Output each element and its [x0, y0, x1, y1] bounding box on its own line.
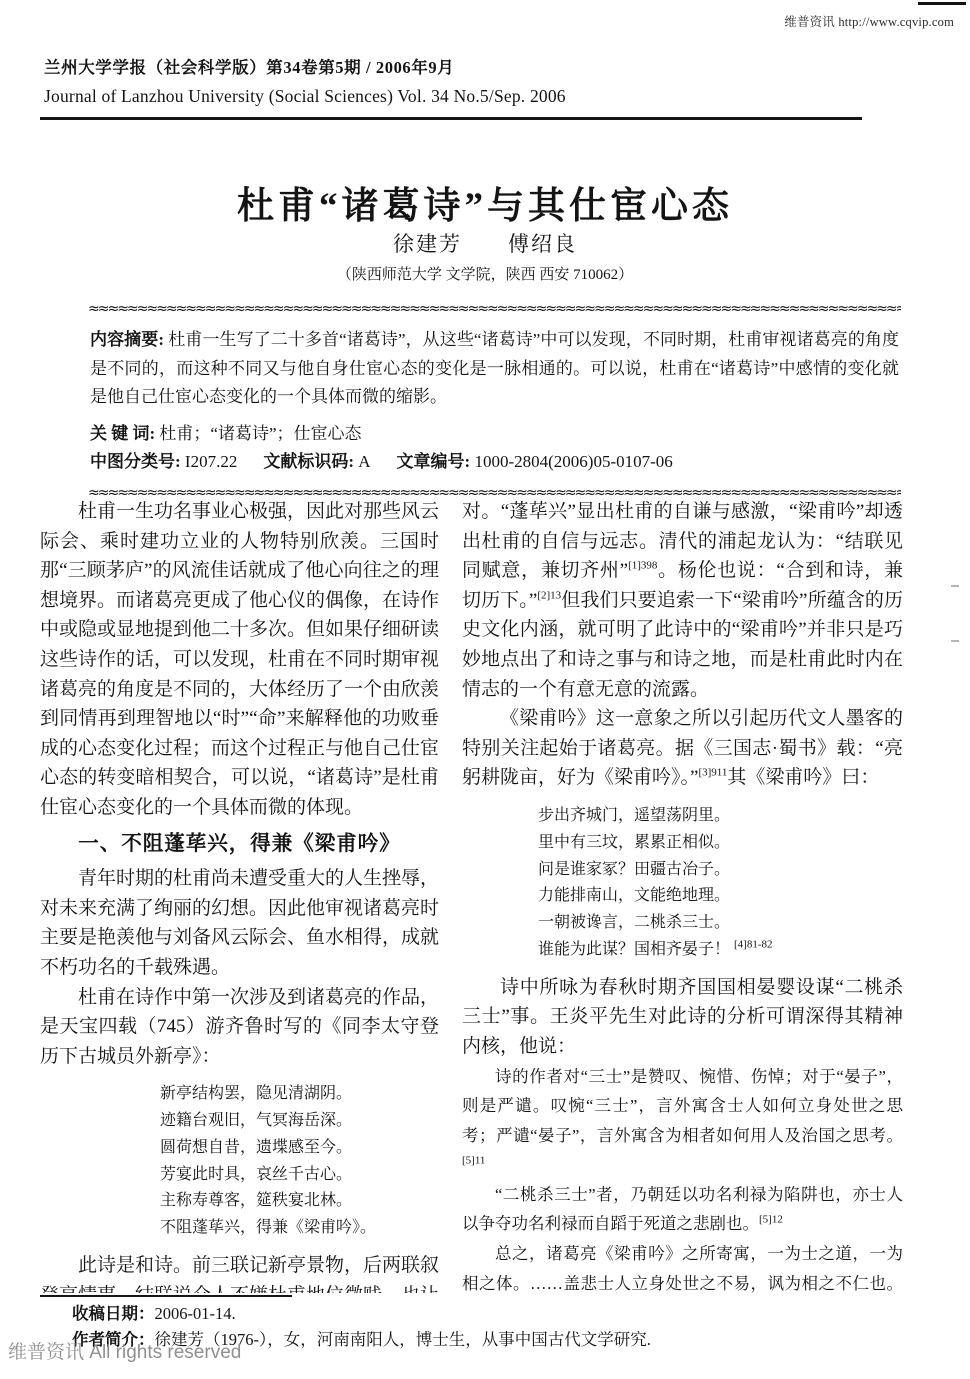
- poem-line: 新亭结构罢，隐见清湖阴。: [160, 1081, 439, 1108]
- clc-label: 中图分类号:: [90, 452, 181, 471]
- abstract-paragraph: 内容摘要: 杜甫一生写了二十多首“诸葛诗”，从这些“诸葛诗”中可以发现，不同时期…: [90, 326, 899, 412]
- poem-line: 圆荷想自昔，遗堞感至今。: [160, 1135, 439, 1162]
- poem-line: 芳宴此时具，哀丝千古心。: [160, 1162, 439, 1189]
- poem-line: 力能排南山，文能绝地理。: [538, 883, 903, 910]
- scan-artifact-tick: [951, 585, 959, 587]
- clc-value: I207.22: [181, 452, 238, 471]
- paragraph: 杜甫在诗作中第一次涉及到诸葛亮的作品，是天宝四载（745）游齐鲁时写的《同李太守…: [40, 983, 439, 1072]
- scanned-paper-page: 维普资讯 http://www.cqvip.com 兰州大学学报（社会科学版）第…: [0, 0, 970, 1379]
- keywords-line: 关 键 词: 杜甫；“诸葛诗”；仕宦心态: [90, 420, 899, 449]
- received-date-label: 收稿日期：: [72, 1304, 155, 1323]
- keywords-text: 杜甫；“诸葛诗”；仕宦心态: [155, 424, 361, 443]
- received-date-value: 2006-01-14.: [155, 1304, 236, 1323]
- meta-line: 中图分类号: I207.22文献标识码: A文章编号: 1000-2804(20…: [90, 448, 899, 477]
- scan-artifact-line: [918, 2, 966, 5]
- poem-line: 问是谁家冢？田疆古冶子。: [538, 857, 903, 884]
- blockquote: “二桃杀三士”者，乃朝廷以功名利禄为陷阱也，亦士人以争夺功名利禄而自蹈于死道之悲…: [462, 1180, 903, 1239]
- header-divider: [40, 117, 862, 120]
- doc-code-label: 文献标识码:: [263, 452, 354, 471]
- cqvip-watermark-top: 维普资讯 http://www.cqvip.com: [784, 12, 954, 30]
- received-date-line: 收稿日期：2006-01-14.: [72, 1301, 932, 1327]
- abstract-label: 内容摘要:: [90, 330, 164, 349]
- blockquote: 总之，诸葛亮《梁甫吟》之所寄寓，一为士之道，一为相之体。……盖悲士人立身处世之不…: [462, 1239, 903, 1297]
- poem-line: 主称寿尊客，筵秩宴北林。: [160, 1188, 439, 1215]
- poem-dufu-xinting: 新亭结构罢，隐见清湖阴。 迹籍台观旧，气冥海岳深。 圆荷想自昔，遗堞感至今。 芳…: [40, 1081, 439, 1242]
- doc-code-value: A: [354, 452, 371, 471]
- section-heading-1: 一、不阻蓬荜兴，得兼《梁甫吟》: [40, 830, 439, 860]
- blockquote: 诗的作者对“三士”是赞叹、惋惜、伤悼；对于“晏子”，则是严谴。叹惋“三士”，言外…: [462, 1062, 903, 1180]
- journal-title-cn: 兰州大学学报（社会科学版）第34卷第5期 / 2006年9月: [44, 54, 566, 78]
- footnote-divider: [40, 1295, 292, 1297]
- paragraph: 诗中所咏为春秋时期齐国国相晏婴设谋“二桃杀三士”事。王炎平先生对此诗的分析可谓深…: [462, 973, 903, 1062]
- article-affiliation: （陕西师范大学 文学院，陕西 西安 710062）: [0, 263, 970, 284]
- body-column-left: 杜甫一生功名事业心极强，因此对那些风云际会、乘时建功立业的人物特别欣羡。三国时那…: [40, 497, 439, 1293]
- wavy-border-top: [88, 303, 901, 317]
- abstract-text: 杜甫一生写了二十多首“诸葛诗”，从这些“诸葛诗”中可以发现，不同时期，杜甫审视诸…: [90, 330, 899, 406]
- poem-lianggfuyin: 步出齐城门，遥望荡阴里。 里中有三坟，累累正相似。 问是谁家冢？田疆古冶子。 力…: [462, 803, 903, 964]
- journal-header: 兰州大学学报（社会科学版）第34卷第5期 / 2006年9月 Journal o…: [44, 54, 566, 107]
- poem-line: 里中有三坟，累累正相似。: [538, 830, 903, 857]
- abstract-box: 内容摘要: 杜甫一生写了二十多首“诸葛诗”，从这些“诸葛诗”中可以发现，不同时期…: [88, 303, 901, 501]
- poem-line: 迹籍台观旧，气冥海岳深。: [160, 1108, 439, 1135]
- poem-line: 步出齐城门，遥望荡阴里。: [538, 803, 903, 830]
- article-title: 杜甫“诸葛诗”与其仕宦心态: [0, 175, 970, 229]
- poem-line: 不阻蓬荜兴，得兼《梁甫吟》。: [160, 1215, 439, 1242]
- paragraph: 青年时期的杜甫尚未遭受重大的人生挫辱，对未来充满了绚丽的幻想。因此他审视诸葛亮时…: [40, 864, 439, 982]
- poem-line: 一朝被谗言，二桃杀三士。: [538, 910, 903, 937]
- cqvip-watermark-bottom: 维普资讯 All rights reserved: [8, 1337, 241, 1364]
- poem-line: 谁能为此谋？国相齐晏子！ [4]81-82: [538, 937, 903, 964]
- body-column-right: 对。“蓬荜兴”显出杜甫的自谦与感激，“梁甫吟”却透出杜甫的自信与远志。清代的浦起…: [462, 497, 903, 1297]
- paragraph: 对。“蓬荜兴”显出杜甫的自谦与感激，“梁甫吟”却透出杜甫的自信与远志。清代的浦起…: [462, 497, 903, 704]
- paragraph: 杜甫一生功名事业心极强，因此对那些风云际会、乘时建功立业的人物特别欣羡。三国时那…: [40, 497, 439, 823]
- paragraph: 此诗是和诗。前三联记新亭景物，后两联叙登亭情事。结联说众人不嫌杜甫地位微贱，也让…: [40, 1251, 439, 1293]
- article-id-value: 1000-2804(2006)05-0107-06: [470, 452, 673, 471]
- keywords-label: 关 键 词:: [90, 424, 155, 443]
- article-id-label: 文章编号:: [397, 452, 471, 471]
- paragraph: 《梁甫吟》这一意象之所以引起历代文人墨客的特别关注起始于诸葛亮。据《三国志·蜀书…: [462, 704, 903, 793]
- journal-title-en: Journal of Lanzhou University (Social Sc…: [44, 86, 566, 107]
- article-authors: 徐建芳 傅绍良: [0, 228, 970, 258]
- scan-artifact-tick: [951, 640, 959, 642]
